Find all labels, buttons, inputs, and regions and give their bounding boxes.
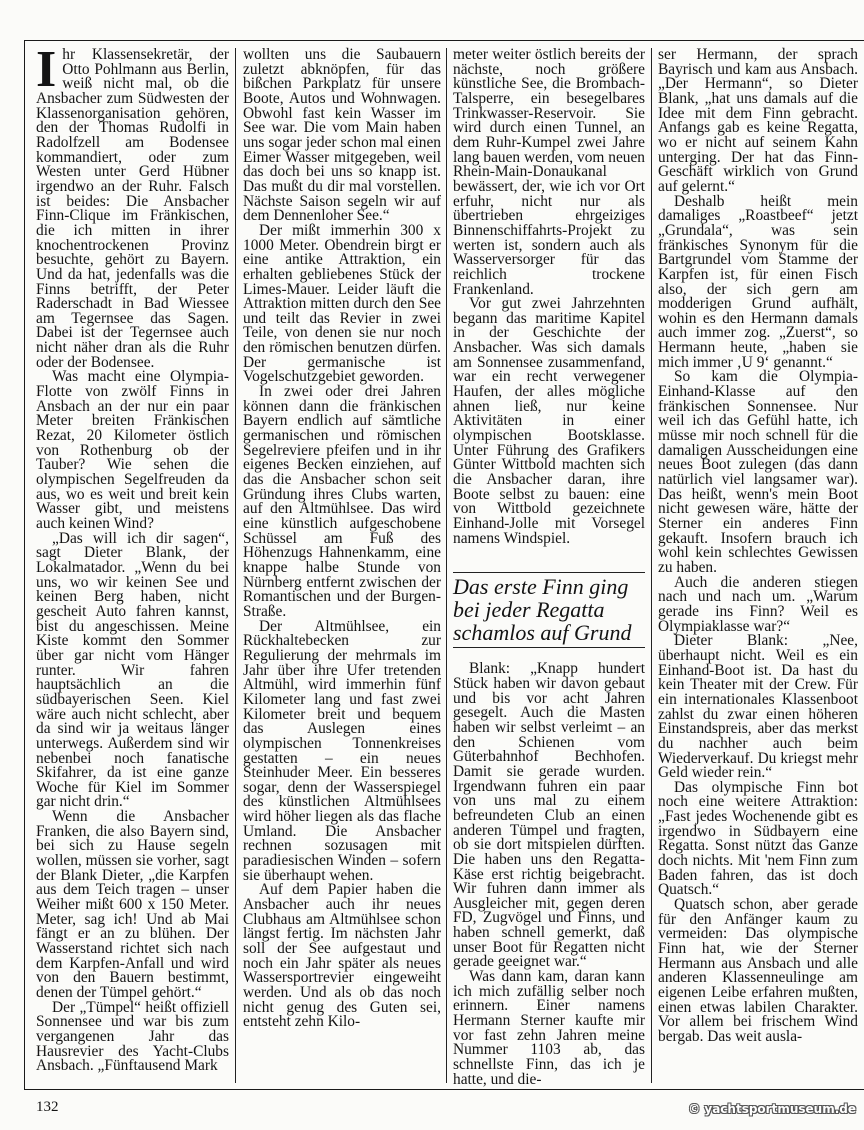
paragraph: Der Altmühlsee, ein Rückhaltebecken zur … — [243, 620, 441, 884]
paragraph: In zwei oder drei Jahren können dann die… — [243, 385, 441, 620]
article-column-4: ser Hermann, der sprach Bayrisch und kam… — [658, 48, 858, 1045]
column-rule — [446, 48, 447, 1083]
paragraph: Quatsch schon, aber gerade für den Anfän… — [658, 898, 858, 1045]
paragraph: ser Hermann, der sprach Bayrisch und kam… — [658, 48, 858, 195]
subheading-line: Das erste Finn ging — [453, 575, 645, 598]
column-rule — [235, 48, 236, 1083]
article-column-2: wollten uns die Saubauern zuletzt abknöp… — [243, 48, 441, 1030]
paragraph: Was dann kam, daran kann ich mich zufäll… — [453, 970, 645, 1087]
paragraph: Deshalb heißt mein damaliges „Roastbeef“… — [658, 195, 858, 371]
subheading-line: bei jeder Regatta — [453, 598, 645, 621]
paragraph: „Das will ich dir sagen“, sagt Dieter Bl… — [36, 532, 229, 810]
paragraph: wollten uns die Saubauern zuletzt abknöp… — [243, 48, 441, 224]
paragraph: Das olympische Finn bot noch eine weiter… — [658, 781, 858, 898]
column-rule — [651, 48, 652, 1083]
paragraph: So kam die Olympia-Einhand-Klasse auf de… — [658, 370, 858, 575]
paragraph: Was macht eine Olympia-Flotte von zwölf … — [36, 370, 229, 531]
paragraph: Auch die anderen stiegen nach und nach u… — [658, 576, 858, 635]
page-number: 132 — [36, 1099, 59, 1116]
paragraph: Der mißt immerhin 300 x 1000 Meter. Oben… — [243, 224, 441, 385]
article-column-1: Ihr Klassensekretär, der Otto Pohlmann a… — [36, 48, 229, 1074]
paragraph: Blank: „Knapp hundert Stück haben wir da… — [453, 662, 645, 970]
paragraph: Vor gut zwei Jahrzehnten begann das mari… — [453, 297, 645, 546]
subheading-line: schamlos auf Grund — [453, 621, 645, 644]
paragraph: Ihr Klassensekretär, der Otto Pohlmann a… — [36, 48, 229, 370]
watermark: © yachtsportmuseum.de — [688, 1102, 856, 1116]
paragraph: Dieter Blank: „Nee, überhaupt nicht. Wei… — [658, 634, 858, 781]
subheading: Das erste Finn ging bei jeder Regatta sc… — [453, 572, 645, 648]
paragraph: Auf dem Papier haben die Ansbacher auch … — [243, 883, 441, 1030]
drop-cap: I — [36, 50, 56, 90]
paragraph: meter weiter östlich bereits der nächste… — [453, 48, 645, 297]
paragraph: Wenn die Ansbacher Franken, die also Bay… — [36, 810, 229, 1001]
paragraph: Der „Tümpel“ heißt offiziell Sonnensee u… — [36, 1001, 229, 1074]
article-column-3: meter weiter östlich bereits der nächste… — [453, 48, 645, 1087]
